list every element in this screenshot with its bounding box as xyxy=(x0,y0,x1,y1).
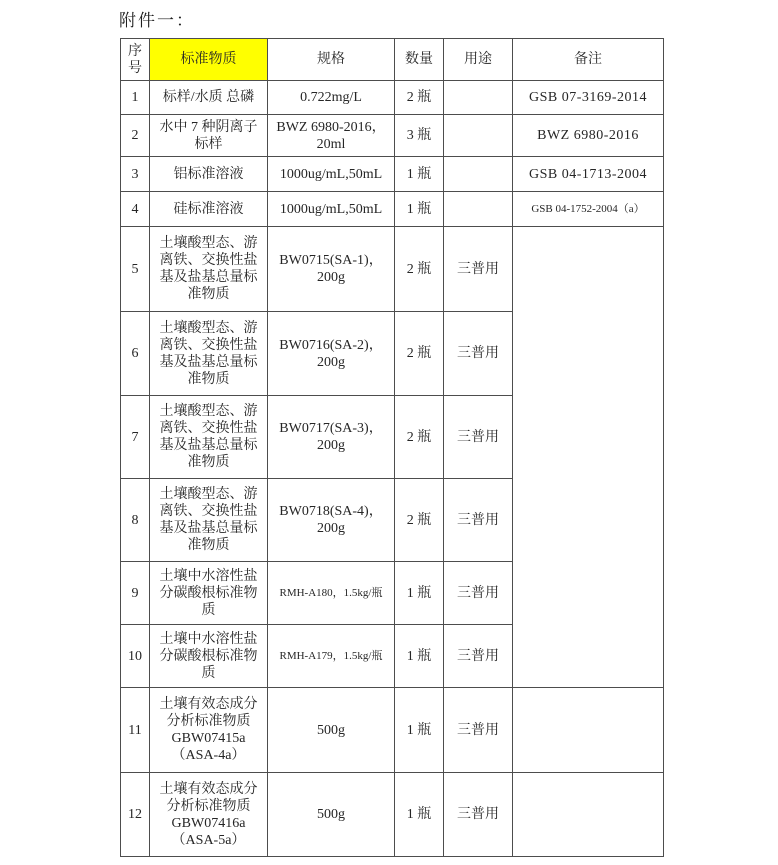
cell-qty: 3 瓶 xyxy=(395,115,444,157)
cell-qty: 1 瓶 xyxy=(395,157,444,192)
cell-qty: 2 瓶 xyxy=(395,227,444,312)
table-row: 4硅标准溶液1000ug/mL,50mL1 瓶GSB 04-1752-2004（… xyxy=(121,192,664,227)
cell-no: 7 xyxy=(121,396,150,479)
header-use: 用途 xyxy=(444,39,513,81)
cell-use: 三普用 xyxy=(444,773,513,857)
header-qty: 数量 xyxy=(395,39,444,81)
cell-spec: BWZ 6980-2016， 20ml xyxy=(268,115,395,157)
cell-spec: 1000ug/mL,50mL xyxy=(268,192,395,227)
cell-note: GSB 07-3169-2014 xyxy=(513,81,664,115)
cell-spec: BW0716(SA-2)， 200g xyxy=(268,312,395,396)
header-note: 备注 xyxy=(513,39,664,81)
cell-use xyxy=(444,115,513,157)
cell-no: 12 xyxy=(121,773,150,857)
cell-no: 4 xyxy=(121,192,150,227)
cell-substance: 土壤酸型态、游 离铁、交换性盐 基及盐基总量标 准物质 xyxy=(150,479,268,562)
cell-substance: 水中 7 种阴离子 标样 xyxy=(150,115,268,157)
cell-note: BWZ 6980-2016 xyxy=(513,115,664,157)
cell-spec: RMH-A179，1.5kg/瓶 xyxy=(268,625,395,688)
cell-spec: BW0718(SA-4)， 200g xyxy=(268,479,395,562)
header-no: 序号 xyxy=(121,39,150,81)
cell-qty: 1 瓶 xyxy=(395,773,444,857)
table-row: 2水中 7 种阴离子 标样BWZ 6980-2016， 20ml3 瓶BWZ 6… xyxy=(121,115,664,157)
cell-substance: 硅标准溶液 xyxy=(150,192,268,227)
cell-no: 1 xyxy=(121,81,150,115)
cell-use: 三普用 xyxy=(444,396,513,479)
table-row: 5土壤酸型态、游 离铁、交换性盐 基及盐基总量标 准物质BW0715(SA-1)… xyxy=(121,227,664,312)
table-row: 11土壤有效态成分 分析标准物质 GBW07415a （ASA-4a）500g1… xyxy=(121,688,664,773)
cell-substance: 土壤有效态成分 分析标准物质 GBW07415a （ASA-4a） xyxy=(150,688,268,773)
cell-use xyxy=(444,81,513,115)
cell-qty: 1 瓶 xyxy=(395,192,444,227)
cell-substance: 土壤酸型态、游 离铁、交换性盐 基及盐基总量标 准物质 xyxy=(150,396,268,479)
cell-use xyxy=(444,192,513,227)
cell-spec: BW0715(SA-1)， 200g xyxy=(268,227,395,312)
cell-spec: 0.722mg/L xyxy=(268,81,395,115)
cell-substance: 土壤酸型态、游 离铁、交换性盐 基及盐基总量标 准物质 xyxy=(150,227,268,312)
cell-qty: 1 瓶 xyxy=(395,625,444,688)
cell-substance: 土壤中水溶性盐 分碳酸根标准物 质 xyxy=(150,562,268,625)
cell-note: GSB 04-1752-2004（a） xyxy=(513,192,664,227)
cell-no: 2 xyxy=(121,115,150,157)
cell-qty: 2 瓶 xyxy=(395,312,444,396)
cell-use: 三普用 xyxy=(444,562,513,625)
table-row: 3铝标准溶液1000ug/mL,50mL1 瓶GSB 04-1713-2004 xyxy=(121,157,664,192)
page-title: 附件一： xyxy=(119,6,195,31)
cell-use: 三普用 xyxy=(444,312,513,396)
cell-note xyxy=(513,227,664,688)
cell-spec: 1000ug/mL,50mL xyxy=(268,157,395,192)
cell-note xyxy=(513,688,664,773)
cell-use xyxy=(444,157,513,192)
cell-no: 8 xyxy=(121,479,150,562)
cell-no: 9 xyxy=(121,562,150,625)
standards-table: 序号标准物质规格数量用途备注1标样/水质 总磷0.722mg/L2 瓶GSB 0… xyxy=(120,38,664,857)
cell-no: 10 xyxy=(121,625,150,688)
cell-substance: 铝标准溶液 xyxy=(150,157,268,192)
cell-qty: 2 瓶 xyxy=(395,479,444,562)
table-row: 1标样/水质 总磷0.722mg/L2 瓶GSB 07-3169-2014 xyxy=(121,81,664,115)
cell-no: 6 xyxy=(121,312,150,396)
header-spec: 规格 xyxy=(268,39,395,81)
cell-no: 11 xyxy=(121,688,150,773)
cell-spec: 500g xyxy=(268,688,395,773)
header-substance: 标准物质 xyxy=(150,39,268,81)
cell-use: 三普用 xyxy=(444,227,513,312)
header-row: 序号标准物质规格数量用途备注 xyxy=(121,39,664,81)
cell-spec: RMH-A180，1.5kg/瓶 xyxy=(268,562,395,625)
cell-qty: 2 瓶 xyxy=(395,396,444,479)
cell-substance: 土壤中水溶性盐 分碳酸根标准物 质 xyxy=(150,625,268,688)
cell-substance: 土壤酸型态、游 离铁、交换性盐 基及盐基总量标 准物质 xyxy=(150,312,268,396)
cell-note: GSB 04-1713-2004 xyxy=(513,157,664,192)
cell-note xyxy=(513,773,664,857)
cell-qty: 2 瓶 xyxy=(395,81,444,115)
cell-substance: 标样/水质 总磷 xyxy=(150,81,268,115)
cell-spec: 500g xyxy=(268,773,395,857)
cell-qty: 1 瓶 xyxy=(395,688,444,773)
cell-qty: 1 瓶 xyxy=(395,562,444,625)
cell-spec: BW0717(SA-3)， 200g xyxy=(268,396,395,479)
cell-use: 三普用 xyxy=(444,479,513,562)
cell-substance: 土壤有效态成分 分析标准物质 GBW07416a （ASA-5a） xyxy=(150,773,268,857)
cell-no: 5 xyxy=(121,227,150,312)
cell-no: 3 xyxy=(121,157,150,192)
cell-use: 三普用 xyxy=(444,625,513,688)
table-row: 12土壤有效态成分 分析标准物质 GBW07416a （ASA-5a）500g1… xyxy=(121,773,664,857)
cell-use: 三普用 xyxy=(444,688,513,773)
document-page: 附件一： 序号标准物质规格数量用途备注1标样/水质 总磷0.722mg/L2 瓶… xyxy=(0,0,778,865)
